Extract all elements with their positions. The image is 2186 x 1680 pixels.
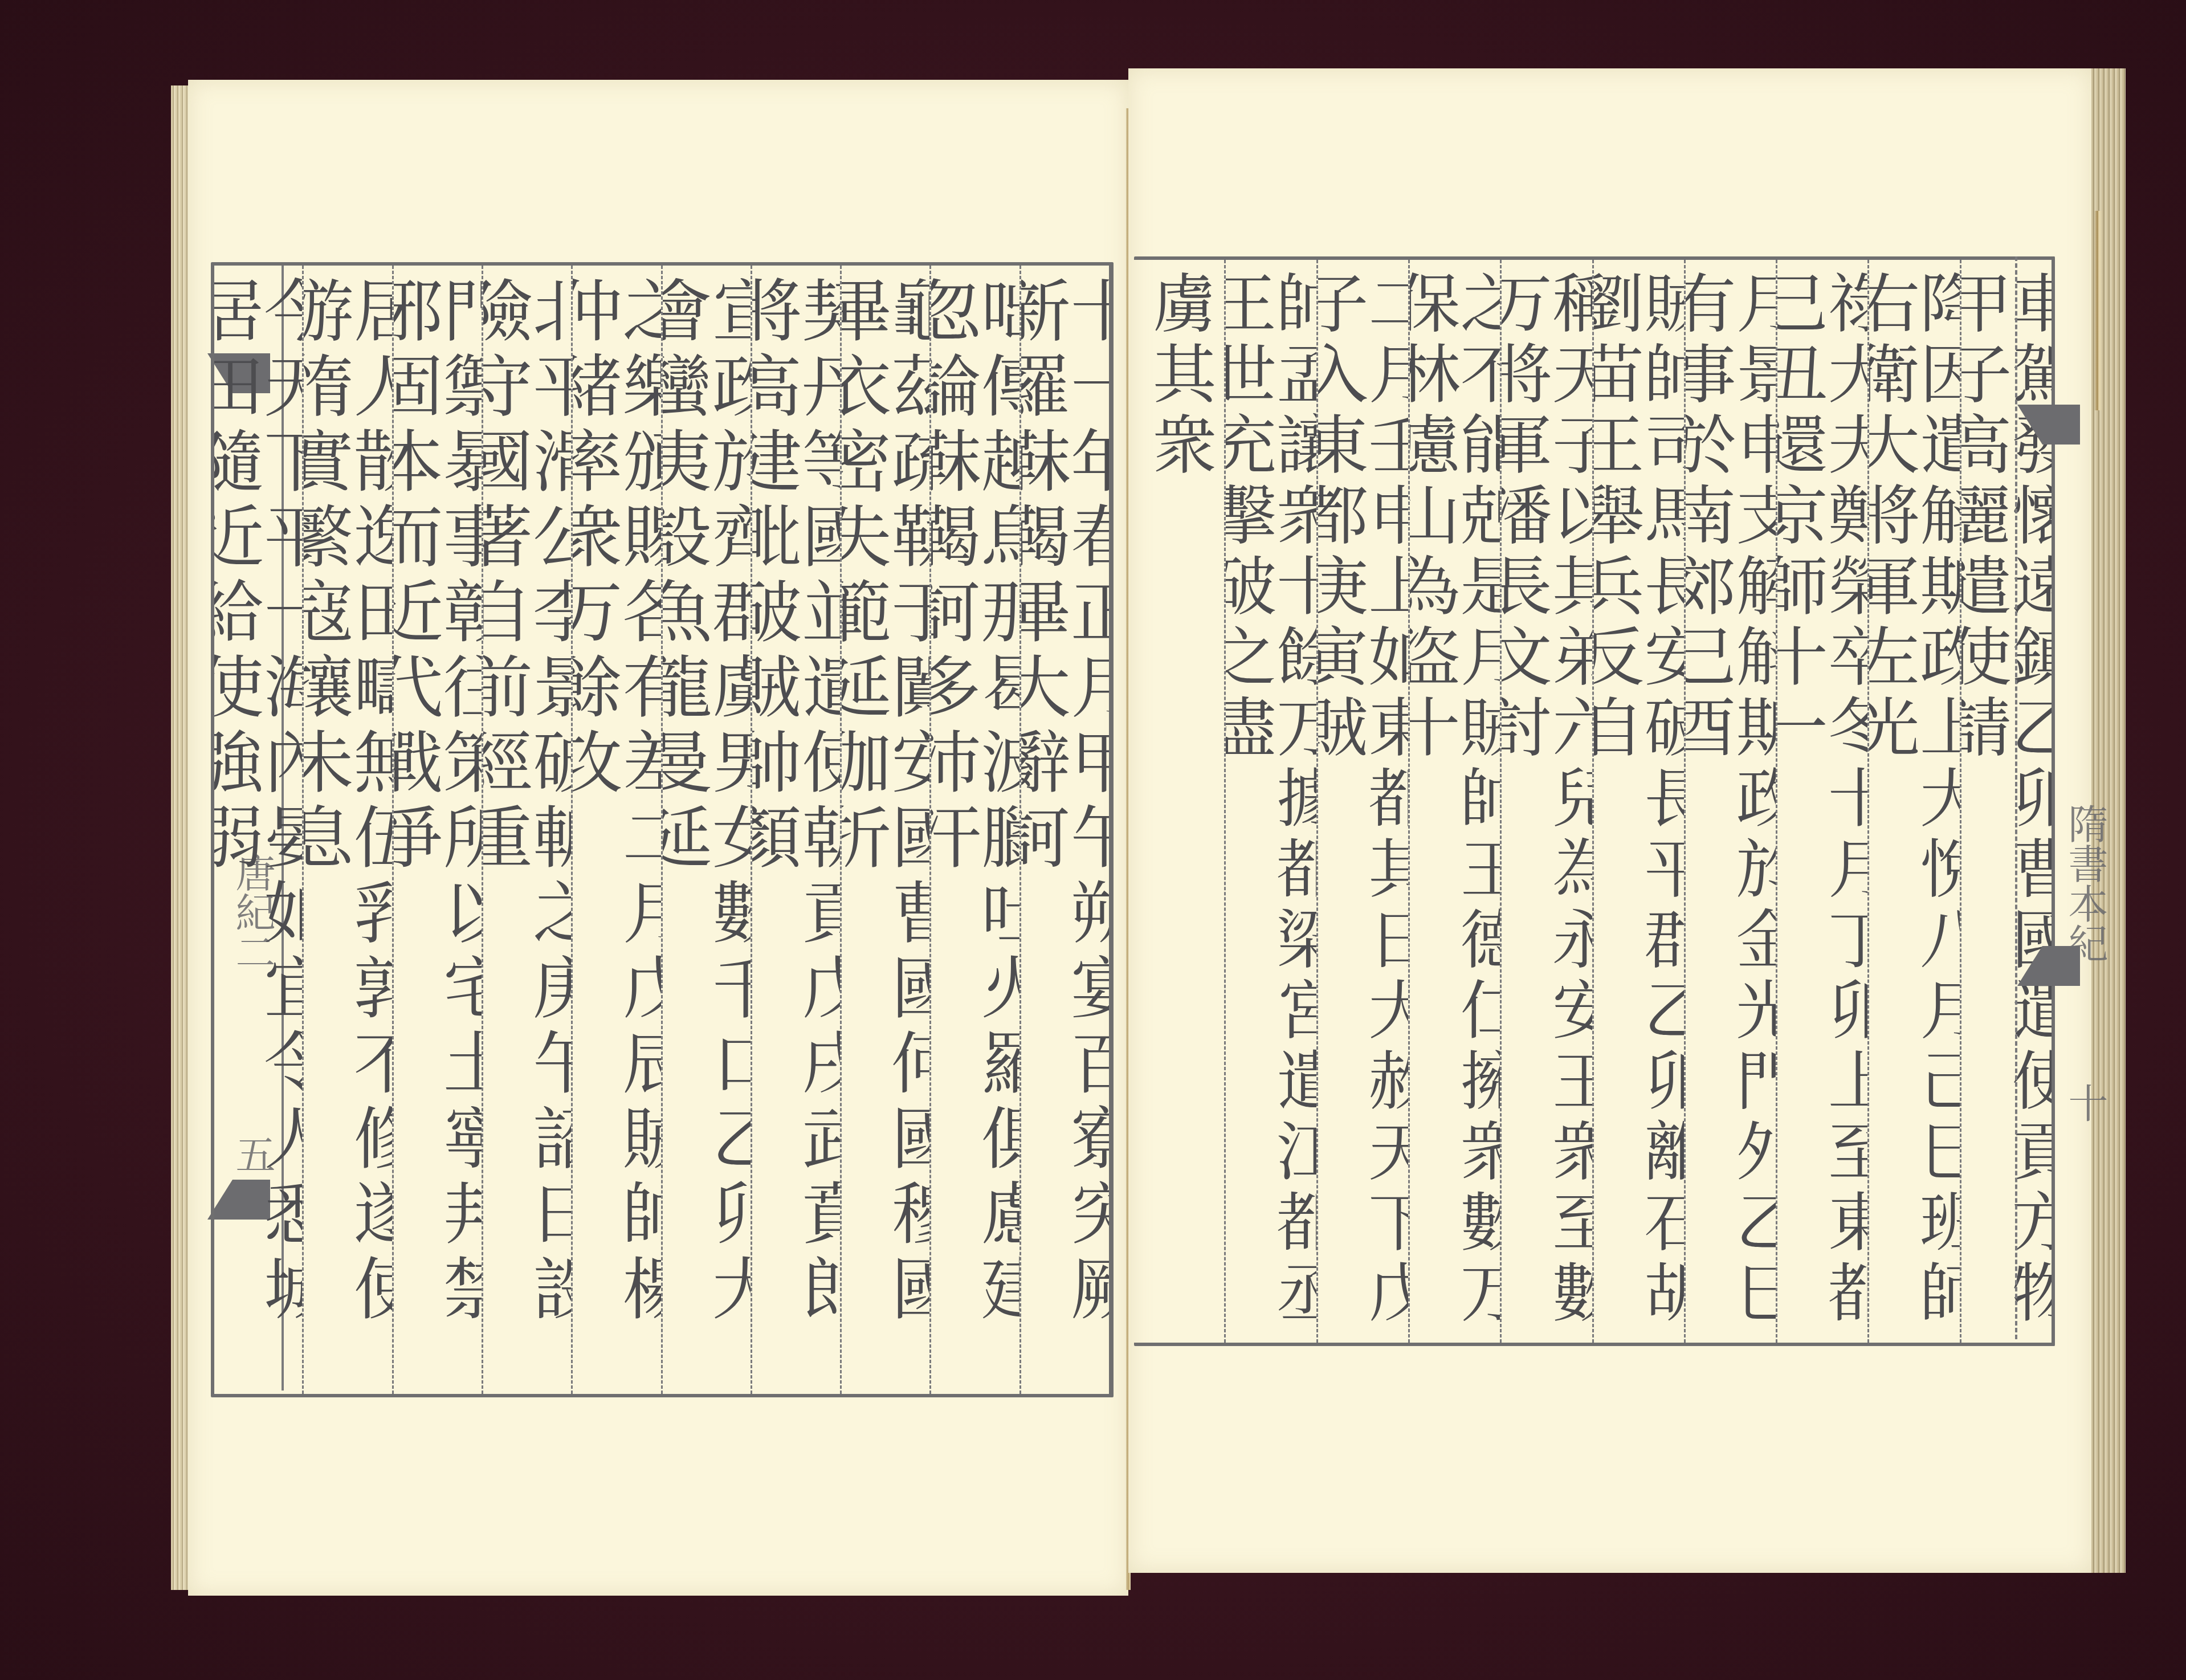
text-column: 之樂頒賜各有差二月戊辰賊帥楊仲緒率衆万餘攻: [571, 266, 660, 1394]
text-column: 居人散逸田疇無伍郛郭不修遂使游惰實繁寇攘未息: [302, 266, 391, 1394]
right-heart-page-number: 十: [2057, 1083, 2114, 1123]
left-columns: 十一年春正月甲午朔宴百寮突厥新羅靺鞨畢大辭訶 咄傳越烏那曷波臘吐火羅俱慮建忽論靺…: [214, 266, 1109, 1394]
text-column: 祿大夫鄭榮卒冬十月丁卯上至東都己丑還京師十一: [1776, 260, 1867, 1343]
fishtail-mark-icon: [2017, 946, 2080, 986]
text-column: 二月壬申上如東都其日大赦天下戊子入東都庚寅賊: [1316, 260, 1408, 1343]
text-column: 十一年春正月甲午朔宴百寮突厥新羅靺鞨畢大辭訶: [1019, 266, 1109, 1394]
text-column: 虜其衆: [1134, 260, 1224, 1343]
right-text-frame: 車駕發懷遠鎮乙卯曹國遣使貢方物甲子高麗遣使請 降因遣斛斯政上大悅八月己巳班師右衛…: [1134, 256, 2055, 1346]
right-page-block-heart: 隋書本紀 十: [2015, 256, 2114, 1339]
text-column: 降因遣斛斯政上大悅八月己巳班師右衛大將軍左光: [1867, 260, 1959, 1343]
right-columns: 車駕發懷遠鎮乙卯曹國遣使貢方物甲子高麗遣使請 降因遣斛斯政上大悅八月己巳班師右衛…: [1134, 260, 2052, 1343]
text-column: 契丹等國並遣使朝貢戊戌武賁郎將高建毗破賊帥顏: [751, 266, 840, 1394]
right-page: 車駕發懷遠鎮乙卯曹國遣使貢方物甲子高麗遣使請 降因遣斛斯政上大悅八月己巳班師右衛…: [1128, 68, 2091, 1573]
text-column: 咄傳越烏那曷波臘吐火羅俱慮建忽論靺鞨訶多沛汗: [929, 266, 1019, 1394]
text-column: 門禦暴事彰往策所以宅土寧邦禁邪固本而近代戰爭: [392, 266, 482, 1394]
fishtail-mark-icon: [2017, 405, 2080, 445]
text-column: 稱天子以其弟六兒為永安王衆至數万將軍潘長文討: [1500, 260, 1592, 1343]
text-column: 帥孟讓衆十餘万據都梁宮遣江都丞王世充擊破之盡: [1224, 260, 1316, 1343]
text-column: 北平滑公李景破斬之庚午詔曰設險守國著自前經重: [482, 266, 571, 1394]
text-column: 月景申支解斛斯政於金光門外乙巳有事於南郊己酉: [1684, 260, 1776, 1343]
text-column: 賊帥司馬長安破長平郡乙卯離石胡劉苗王舉兵反自: [1592, 260, 1684, 1343]
open-book: 唐紀二 五 十一年春正月甲午朔宴百寮突厥新羅靺鞨畢大辭訶 咄傳越烏那曷波臘吐火羅…: [171, 74, 2126, 1596]
right-heart-label: 隋書本紀: [2057, 633, 2114, 963]
text-column: 之不能剋是月賊帥王德仁擁衆數万保林慮山為盜十: [1408, 260, 1500, 1343]
text-column: 龜茲疏勒于闐安國曹國何國穆國畢衣密失範延伽折: [840, 266, 929, 1394]
left-text-frame: 十一年春正月甲午朔宴百寮突厥新羅靺鞨畢大辭訶 咄傳越烏那曷波臘吐火羅俱慮建忽論靺…: [211, 262, 1114, 1397]
scan-background: 唐紀二 五 十一年春正月甲午朔宴百寮突厥新羅靺鞨畢大辭訶 咄傳越烏那曷波臘吐火羅…: [0, 0, 2186, 1680]
text-column: 宣政於齊郡虜男女數千口乙卯大會蠻夷設魚龍曼延: [661, 266, 751, 1394]
text-column: 今天下平一海內晏如宜令人悉城居田隨近給使強弱: [214, 266, 302, 1394]
left-page: 唐紀二 五 十一年春正月甲午朔宴百寮突厥新羅靺鞨畢大辭訶 咄傳越烏那曷波臘吐火羅…: [188, 80, 1128, 1596]
